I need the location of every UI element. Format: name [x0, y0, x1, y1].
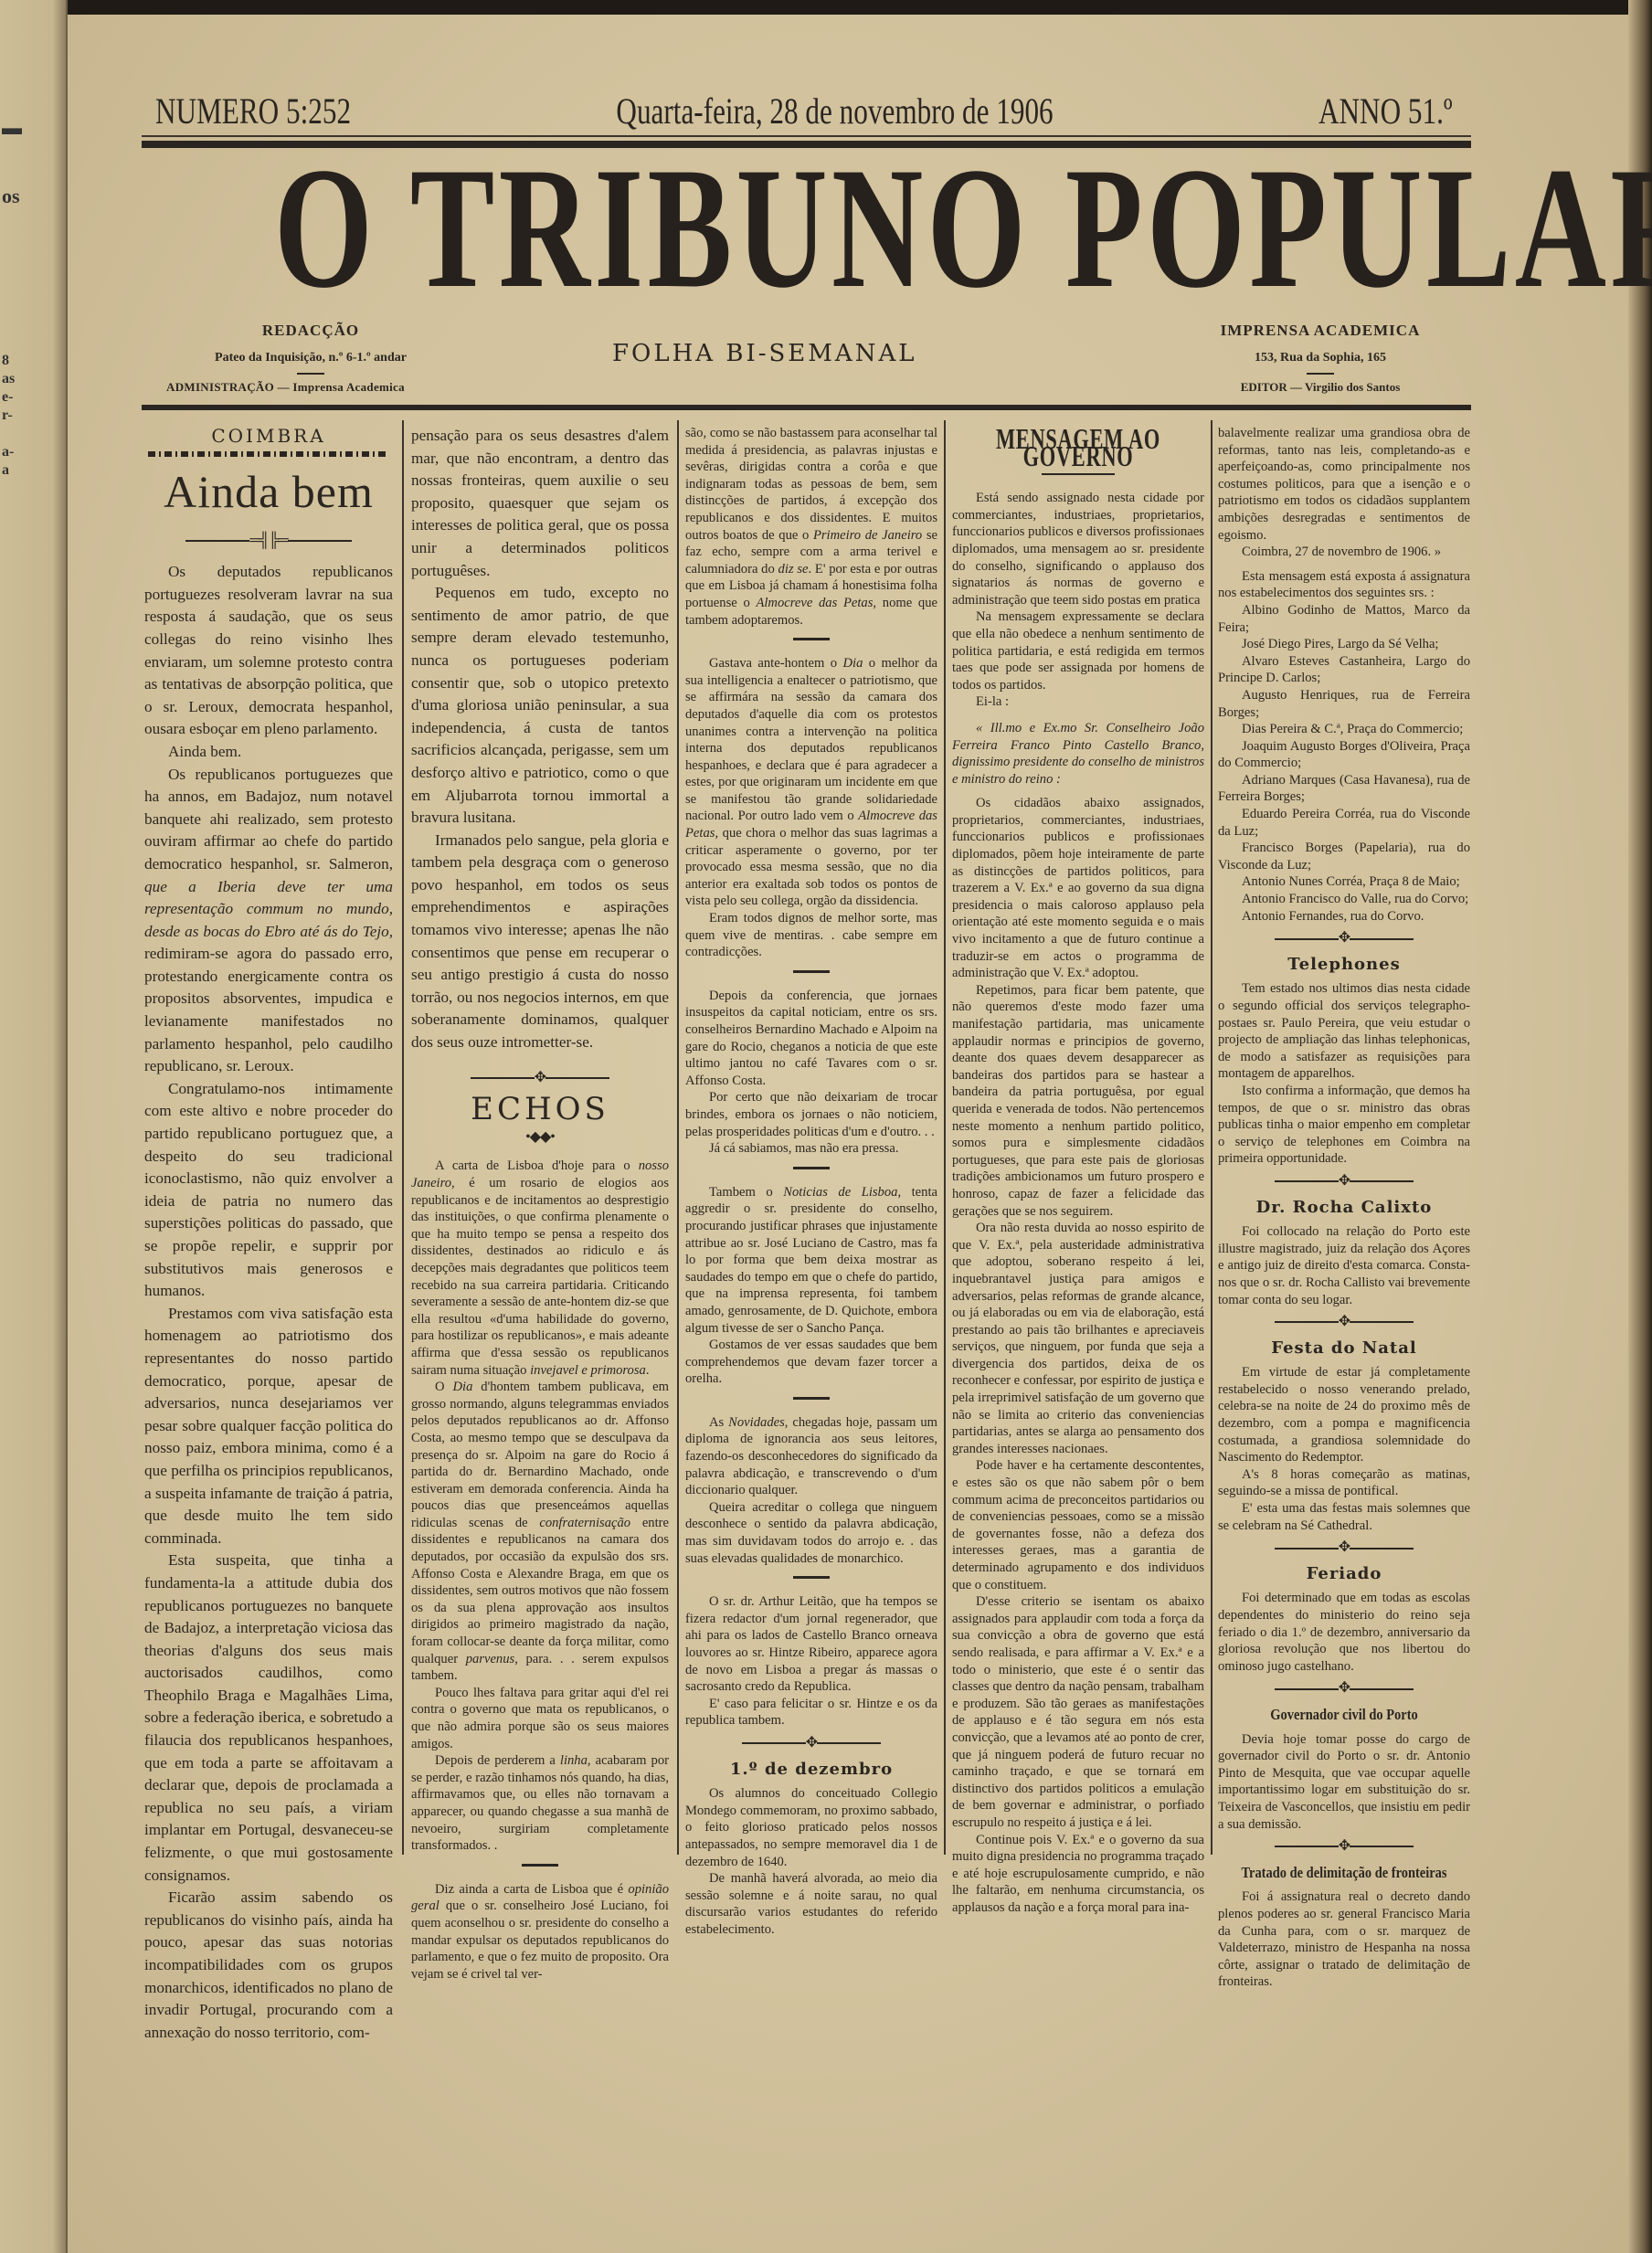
article-headline: Festa do Natal [1218, 1340, 1470, 1358]
paragraph: De manhã haverá alvorada, ao meio dia se… [685, 1870, 937, 1938]
ornament-divider-icon: ✥ [685, 1735, 937, 1752]
paragraph: Prestamos com viva satisfação esta homen… [144, 1303, 393, 1550]
scan-top-edge [0, 0, 1652, 15]
paragraph: Queira acreditar o collega que ninguem d… [685, 1499, 937, 1567]
paragraph: Os cidadãos abaixo assignados, proprieta… [952, 795, 1204, 982]
issue-date: Quarta-feira, 28 de novembro de 1906 [616, 90, 1053, 133]
newspaper-title: O TRIBUNO POPULAR [274, 151, 1075, 306]
paragraph: Já cá sabiamos, mas não era pressa. [685, 1140, 937, 1158]
paragraph: Foi collocado na relação do Porto este i… [1218, 1223, 1470, 1308]
signatory-entry: Antonio Francisco do Valle, rua do Corvo… [1218, 891, 1470, 908]
issue-year: ANNO 51.º [1318, 90, 1453, 133]
paragraph: As Novidades, chegadas hoje, passam um d… [685, 1414, 937, 1499]
ornament-divider-icon: ✥ [1218, 1680, 1470, 1698]
signatory-entry: Eduardo Pereira Corréa, rua do Visconde … [1218, 806, 1470, 840]
paragraph: Pequenos em tudo, excepto no sentimento … [411, 582, 669, 830]
paragraph: Irmanados pelo sangue, pela gloria e tam… [411, 830, 669, 1054]
article-headline: Tratado de delimitação de fronteiras [1237, 1865, 1452, 1882]
paragraph: Diz ainda a carta de Lisboa que é opiniã… [411, 1881, 669, 1983]
redaccao-separator [297, 373, 324, 375]
paragraph: Os republicanos portuguezes que ha annos… [144, 764, 393, 1078]
masthead-bottom-rule [142, 405, 1471, 410]
paragraph: Ora não resta duvida ao nosso espirito d… [952, 1220, 1204, 1457]
italic-quote: que a Iberia deve ter uma representação … [144, 878, 393, 940]
paragraph: Pode haver e ha certamente descontentes,… [952, 1457, 1204, 1593]
newspaper-page: ▬ os 8ase-r-a-a NUMERO 5:252 Quarta-feir… [0, 0, 1652, 2253]
article-headline: Governador civil do Porto [1237, 1707, 1452, 1724]
column-separator [1211, 420, 1213, 1855]
paragraph: Gostamos de ver essas saudades que bem c… [685, 1337, 937, 1388]
article-headline: Dr. Rocha Calixto [1218, 1200, 1470, 1217]
scan-right-edge [1628, 0, 1652, 2253]
paragraph: são, como se não bastassem para aconselh… [685, 425, 937, 629]
paragraph: Continue pois V. Ex.ª e o governo da sua… [952, 1832, 1204, 1917]
paragraph: Tem estado nos ultimos dias nesta cidade… [1218, 980, 1470, 1083]
publication-frequency: FOLHA BI-SEMANAL [612, 340, 916, 367]
paragraph: Isto confirma a informação, que demos ha… [1218, 1083, 1470, 1168]
column-3: são, como se não bastassem para aconselh… [685, 425, 937, 1939]
dateline: Coimbra, 27 de novembro de 1906. » [1218, 544, 1470, 561]
short-rule [793, 638, 830, 640]
short-rule [793, 1397, 830, 1400]
echos-col2: A carta de Lisboa d'hoje para o nosso Ja… [411, 1158, 669, 1983]
paragraph: Eram todos dignos de melhor sorte, mas q… [685, 910, 937, 961]
article-headline: Feriado [1218, 1566, 1470, 1583]
column-4: MENSAGEM AO GOVERNO Está sendo assignado… [952, 425, 1204, 1916]
imprensa-heading: IMPRENSA ACADEMICA [1206, 322, 1435, 340]
paragraph: Devia hoje tomar posse do cargo de gover… [1218, 1731, 1470, 1834]
signatory-entry: Antonio Nunes Corréa, Praça 8 de Maio; [1218, 873, 1470, 891]
paragraph: Depois de perderem a linha, acabaram por… [411, 1752, 669, 1855]
ornament-divider-icon: ═╣╠═ [144, 530, 393, 553]
column-5: balavelmente realizar uma grandiosa obra… [1218, 425, 1470, 1991]
signatory-entry: Antonio Fernandes, rua do Corvo. [1218, 908, 1470, 926]
signatory-entry: Alvaro Esteves Castanheira, Largo do Pri… [1218, 653, 1470, 687]
paragraph: A's 8 horas começarão as matinas, seguin… [1218, 1466, 1470, 1500]
paragraph: Ainda bem. [144, 741, 393, 764]
dotted-rule [148, 451, 389, 457]
short-rule [793, 1167, 830, 1169]
paragraph: Na mensagem expressamente se declara que… [952, 608, 1204, 693]
signatory-entry: Albino Godinho de Mattos, Marco da Feira… [1218, 602, 1470, 636]
adjacent-page-edge: ▬ os 8ase-r-a-a [0, 0, 68, 2253]
imprensa-block: IMPRENSA ACADEMICA 153, Rua da Sophia, 1… [1206, 322, 1435, 395]
paragraph: O sr. dr. Arthur Leitão, que ha tempos s… [685, 1593, 937, 1696]
signatory-entry: Adriano Marques (Casa Havanesa), rua de … [1218, 772, 1470, 806]
paragraph: Pouco lhes faltava para gritar aqui d'el… [411, 1685, 669, 1752]
editor-line: EDITOR — Virgilio dos Santos [1206, 380, 1435, 395]
paragraph: Ficarão assim sabendo os republicanos do… [144, 1887, 393, 2044]
paragraph: Em virtude de estar já completamente res… [1218, 1364, 1470, 1466]
ornament-divider-icon: ✥ [1218, 1539, 1470, 1557]
ornament-divider-icon: ✥ [1218, 1173, 1470, 1190]
paragraph: Por certo que não deixariam de trocar br… [685, 1089, 937, 1140]
imprensa-separator [1307, 373, 1334, 375]
short-rule [793, 1576, 830, 1579]
paragraph: Esta mensagem está exposta á assignatura… [1218, 568, 1470, 602]
signatory-entry: Francisco Borges (Papelaria), rua do Vis… [1218, 840, 1470, 873]
article-kicker: COIMBRA [144, 425, 393, 448]
paragraph: balavelmente realizar uma grandiosa obra… [1218, 425, 1470, 544]
signatory-entry: Augusto Henriques, rua de Ferreira Borge… [1218, 687, 1470, 721]
administracao-line: ADMINISTRAÇÃO — Imprensa Academica [166, 380, 466, 395]
redaccao-address: Pateo da Inquisição, n.º 6-1.º andar [155, 351, 466, 365]
paragraph: Está sendo assignado nesta cidade por co… [952, 490, 1204, 608]
masthead-dateline: NUMERO 5:252 Quarta-feira, 28 de novembr… [155, 90, 1453, 133]
paragraph: Os deputados republicanos portuguezes re… [144, 561, 393, 741]
article-headline: Telephones [1218, 957, 1470, 974]
ornament-dots-icon: •◆◆• [411, 1126, 669, 1149]
paragraph: Gastava ante-hontem o Dia o melhor da su… [685, 655, 937, 910]
paragraph: Foi determinado que em todas as escolas … [1218, 1590, 1470, 1675]
column-separator [677, 420, 679, 1855]
issue-number: NUMERO 5:252 [155, 90, 351, 133]
redaccao-block: REDACÇÃO Pateo da Inquisição, n.º 6-1.º … [155, 322, 466, 395]
paragraph: A carta de Lisboa d'hoje para o nosso Ja… [411, 1158, 669, 1379]
paragraph: O Dia d'hontem tambem publicava, em gros… [411, 1379, 669, 1685]
paragraph: E' caso para felicitar o sr. Hintze e os… [685, 1696, 937, 1729]
paragraph: pensação para os seus desastres d'alem m… [411, 425, 669, 582]
section-headline-echos: ECHOS [411, 1098, 669, 1121]
column-separator [944, 420, 946, 1855]
redaccao-heading: REDACÇÃO [155, 322, 466, 340]
ornament-divider-icon: ✥ [1218, 1314, 1470, 1331]
signatory-entry: Joaquim Augusto Borges d'Oliveira, Praça… [1218, 738, 1470, 772]
article-headline: Ainda bem [144, 466, 393, 517]
short-rule [793, 970, 830, 973]
article-headline: MENSAGEM AO GOVERNO [990, 430, 1166, 464]
ornament-divider-icon: ✥ [1218, 930, 1470, 947]
column-separator [402, 420, 404, 1855]
message-address: « Ill.mo e Ex.mo Sr. Conselheiro João Fe… [952, 720, 1204, 788]
paragraph: E' esta uma das festas mais solemnes que… [1218, 1500, 1470, 1534]
column-2: pensação para os seus desastres d'alem m… [411, 425, 669, 1983]
paragraph: Foi á assignatura real o decreto dando p… [1218, 1888, 1470, 1991]
paragraph: Tambem o Noticias de Lisboa, tenta aggre… [685, 1184, 937, 1337]
column-1: COIMBRA Ainda bem ═╣╠═ Os deputados repu… [144, 425, 393, 2044]
paragraph: D'esse criterio se isentam os abaixo ass… [952, 1593, 1204, 1831]
ornament-divider-icon: ✥ [1218, 1838, 1470, 1856]
article-headline: 1.º de dezembro [685, 1761, 937, 1779]
paragraph: Congratulamo-nos intimamente com este al… [144, 1078, 393, 1303]
paragraph: Depois da conferencia, que jornaes insus… [685, 988, 937, 1090]
short-rule [1042, 473, 1115, 475]
short-rule [522, 1864, 558, 1867]
paragraph: Repetimos, para ficar bem patente, que n… [952, 982, 1204, 1220]
paragraph: Esta suspeita, que tinha a fundamenta-la… [144, 1550, 393, 1887]
ornament-divider-icon: ✥ [411, 1067, 669, 1090]
signatory-entry: José Diego Pires, Largo da Sé Velha; [1218, 636, 1470, 653]
paragraph: Os alumnos do conceituado Collegio Monde… [685, 1785, 937, 1870]
imprensa-address: 153, Rua da Sophia, 165 [1206, 351, 1435, 365]
signatory-entry: Dias Pereira & C.ª, Praça do Commercio; [1218, 721, 1470, 738]
signatories-list: Albino Godinho de Mattos, Marco da Feira… [1218, 602, 1470, 925]
paragraph: Ei-la : [952, 693, 1204, 711]
